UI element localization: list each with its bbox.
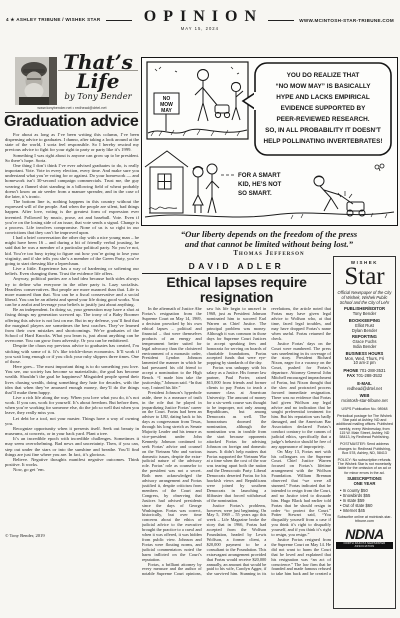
header-rule-right bbox=[268, 20, 294, 21]
svg-text:FOR A SMART: FOR A SMART bbox=[238, 172, 281, 179]
subscribe-note: Subscribe online at mcintosh-star-tribun… bbox=[336, 515, 393, 523]
subscriptions-label-line2: ONE YEAR bbox=[354, 481, 376, 486]
masthead-title: Star bbox=[336, 265, 393, 289]
article-paragraph: Live a little. Experience has a way of h… bbox=[5, 266, 139, 276]
columnist-photo bbox=[15, 57, 57, 105]
article-paragraph: Something I was right about is anyone ca… bbox=[5, 153, 139, 163]
page-header: 4 ★ ASHLEY TRIBUNE / WISHEK STAR OPINION… bbox=[6, 9, 394, 31]
usps-number: USPS Publication No. 98948 bbox=[336, 407, 393, 411]
fax-label: FAX bbox=[347, 373, 355, 378]
svg-text:MAY: MAY bbox=[161, 108, 172, 114]
quote-line2: and that cannot be limited without being… bbox=[140, 239, 398, 249]
column-article-body: For about as long as I’ve been writing t… bbox=[5, 132, 139, 582]
article-paragraph: The bottom line is, nothing happens in t… bbox=[5, 199, 139, 235]
business-hours-times: 10 am-2 pm bbox=[336, 361, 393, 366]
ndna-logo: NDNA NORTH DAKOTA NEWSPAPER ASSOCIATION bbox=[336, 527, 393, 549]
svg-text:HYPE AND LACKS EMPIRICAL: HYPE AND LACKS EMPIRICAL bbox=[276, 94, 370, 101]
article-paragraph: In the aftermath of Justice Abe Fortas’s… bbox=[142, 307, 202, 390]
pull-quote: “Our liberty depends on the freedom of t… bbox=[140, 229, 398, 257]
column-title-line2: Life bbox=[58, 72, 138, 91]
article-paragraph: Here goes... The most important thing is… bbox=[5, 364, 139, 395]
issue-date: MAY 15, 2024 bbox=[181, 26, 219, 31]
email-address: redhead@drtel.net bbox=[336, 387, 393, 392]
svg-text:SO SMART.: SO SMART. bbox=[238, 190, 272, 197]
column-masthead: That’s Life by Tony Bender bbox=[58, 53, 138, 102]
article-paragraph: Believe. Negative thoughts manifest nega… bbox=[5, 457, 139, 467]
svg-text:“NO MOW MAY” IS BASICALLY: “NO MOW MAY” IS BASICALLY bbox=[275, 83, 371, 90]
staff-name: Dylan Bender bbox=[336, 329, 393, 334]
speech-balloon: YOU DO REALIZE THAT “NO MOW MAY” IS BASI… bbox=[243, 63, 391, 155]
section-header: OPINION MAY 15, 2024 bbox=[137, 9, 263, 31]
ndna-letters: NDNA bbox=[336, 527, 393, 541]
header-rule-left bbox=[106, 20, 132, 21]
article-paragraph: Be an independent. In doing so, your gen… bbox=[5, 307, 139, 343]
article-paragraph: One thing I don’t think I’ve ever advise… bbox=[5, 163, 139, 199]
svg-text:KID, HE’S NOT: KID, HE’S NOT bbox=[238, 181, 282, 188]
svg-text:SO, IN ALL PROBABILITY IT DOES: SO, IN ALL PROBABILITY IT DOESN’T bbox=[265, 127, 381, 134]
article-paragraph: Live a rich life along the way. When you… bbox=[5, 395, 139, 416]
masthead-box: WISHEK Star Official Newspaper of the Ci… bbox=[333, 256, 396, 609]
article-paragraph: Fortas was unhappy with his salary as a … bbox=[207, 366, 267, 503]
section-title: OPINION bbox=[137, 9, 263, 25]
article-paragraph: I had a brief conversation the other day… bbox=[5, 235, 139, 266]
newspaper-opinion-page: 4 ★ ASHLEY TRIBUNE / WISHEK STAR OPINION… bbox=[0, 0, 400, 618]
svg-text:YOU DO REALIZE THAT: YOU DO REALIZE THAT bbox=[287, 72, 360, 79]
article-paragraph: It’s an incredible epoch with incredible… bbox=[5, 436, 139, 457]
svg-text:HELP POLLINATING INVERTEBRATES: HELP POLLINATING INVERTEBRATES! bbox=[264, 138, 383, 145]
column-headline: Graduation advice bbox=[4, 113, 140, 131]
article-paragraph: Recognize opportunity when it presents i… bbox=[5, 426, 139, 436]
subscription-rate: • Internet $45 bbox=[336, 509, 393, 514]
article-paragraph: President Johnson’s hyperbole aside, the… bbox=[142, 391, 202, 563]
adler-headline: Ethical lapses require resignation bbox=[142, 275, 331, 304]
ndna-banner: NORTH DAKOTA NEWSPAPER ASSOCIATION bbox=[336, 542, 393, 549]
adler-article: DAVID ADLER Ethical lapses require resig… bbox=[142, 261, 331, 579]
svg-text:PEER-REVIEWED RESEARCH.: PEER-REVIEWED RESEARCH. bbox=[276, 116, 369, 123]
article-paragraph: Let debt be a tool, not your master. Thi… bbox=[5, 416, 139, 426]
paper-website: WWW.MCINTOSH-STAR-TRIBUNE.COM bbox=[299, 18, 394, 23]
subscriptions-label: SUBSCRIPTIONS ONE YEAR bbox=[336, 477, 393, 487]
staff-name: India Bender bbox=[336, 345, 393, 350]
adler-article-body: In the aftermath of Justice Abe Fortas’s… bbox=[142, 307, 331, 579]
article-paragraph: On May 13, Fortas met with his colleague… bbox=[271, 450, 331, 538]
postage-legal-text: Periodical postage for The Wishek Star p… bbox=[336, 414, 393, 439]
quote-line1: “Our liberty depends on the freedom of t… bbox=[140, 229, 398, 239]
fax-number: 701-288-3532 bbox=[356, 373, 382, 378]
article-paragraph: Despite the chaos my previous advice to … bbox=[5, 343, 139, 364]
article-paragraph: For about as long as I’ve been writing t… bbox=[5, 132, 139, 153]
masthead-official-statement: Official Newspaper of the City of Wishek… bbox=[336, 291, 393, 305]
adler-byline: DAVID ADLER bbox=[142, 261, 331, 271]
article-paragraph: Justice Fortas’ days on the Court were n… bbox=[271, 342, 331, 450]
subscription-rates: • In county $50• Snowbirds $55• In state… bbox=[336, 489, 393, 514]
staff-name: Tony Bender bbox=[336, 312, 393, 317]
fax-row: FAX 701-288-3532 bbox=[336, 374, 393, 379]
article-paragraph: Anyway, political parties are a bad idea… bbox=[5, 276, 139, 307]
page-number-and-paper: 4 ★ ASHLEY TRIBUNE / WISHEK STAR bbox=[6, 17, 101, 23]
column-byline: by Tony Bender bbox=[58, 92, 138, 102]
editorial-cartoon: NO MOW MAY bbox=[141, 57, 398, 226]
columnist-contact: www.tonybender.net • redhead@drtel.net bbox=[6, 106, 138, 110]
article-paragraph: Now, go get ’em. bbox=[5, 467, 139, 472]
web-address: mcintosh-star-tribune.net bbox=[336, 399, 393, 404]
column-credit: © Tony Bender, 2019 bbox=[5, 533, 45, 538]
policy-text: POLICY: No subscription refunds. The Wis… bbox=[336, 458, 393, 475]
svg-text:EVIDENCE SUPPORTED BY: EVIDENCE SUPPORTED BY bbox=[281, 105, 367, 112]
postmaster-text: POSTMASTER: Send address changes to: Red… bbox=[336, 442, 393, 455]
